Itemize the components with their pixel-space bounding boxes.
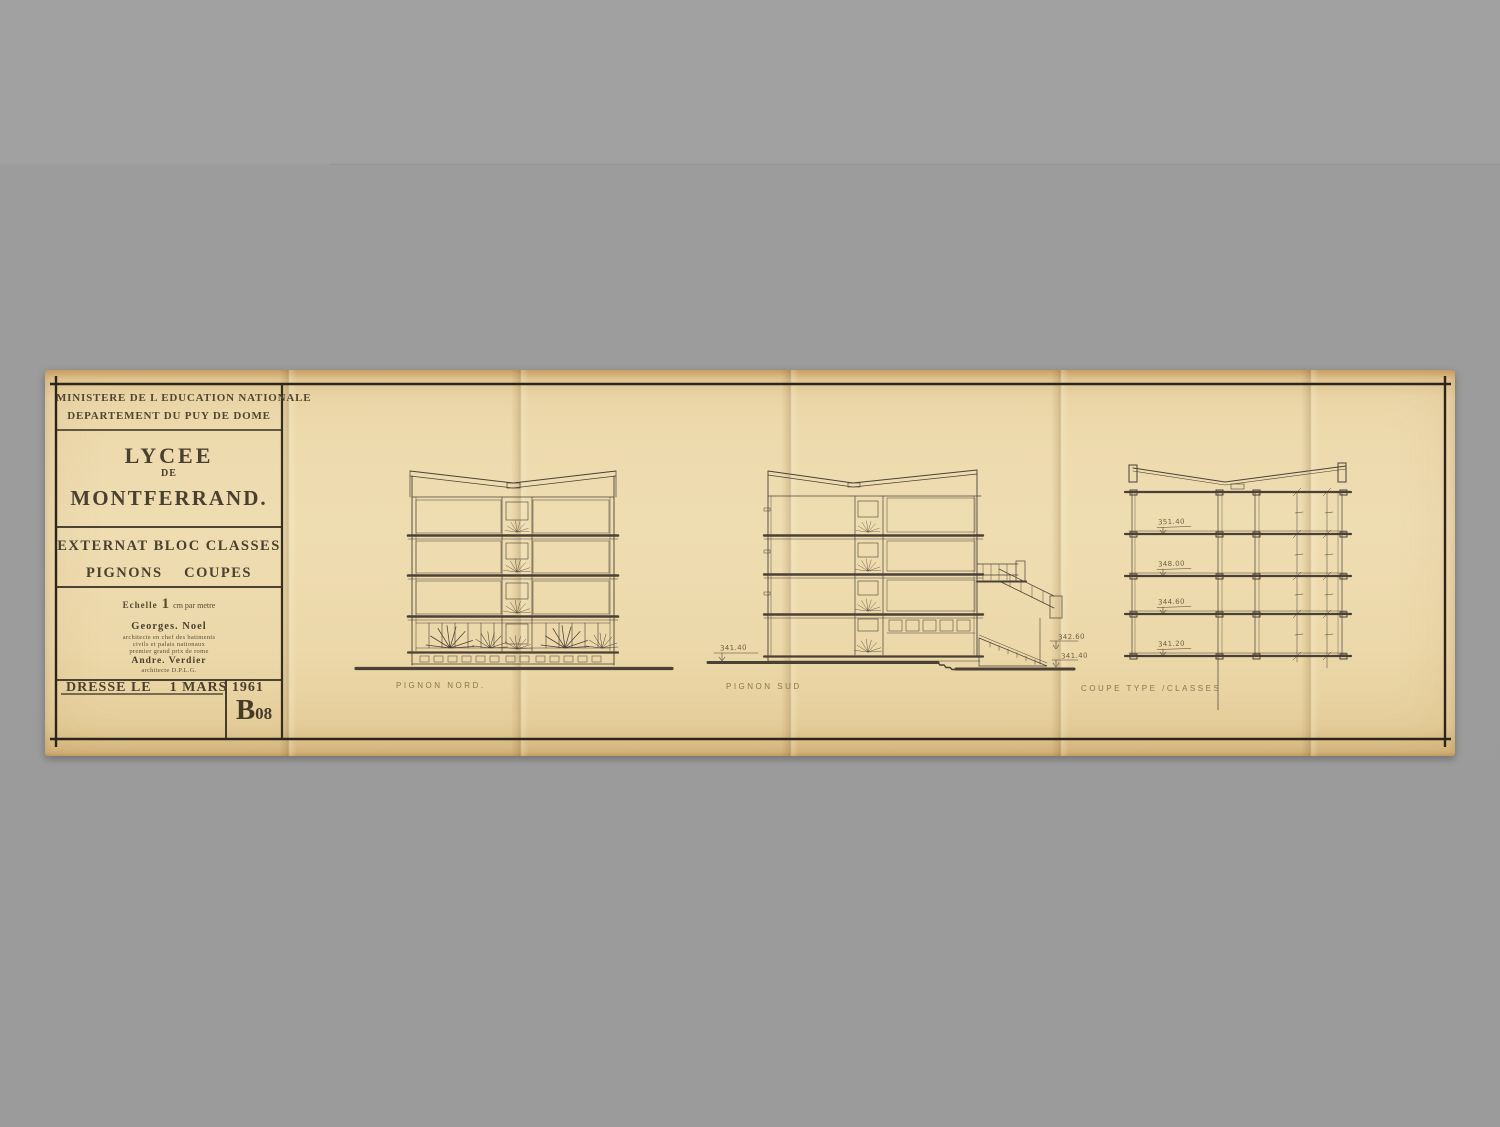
architect1-title-3: premier grand prix de rome (56, 648, 282, 655)
sheet-letter: B (236, 694, 255, 726)
walls-and-slabs (764, 470, 983, 661)
background-shadow-line (330, 164, 1500, 165)
base-plinth (408, 653, 618, 665)
subject-line-1: EXTERNAT BLOC CLASSES (56, 538, 282, 555)
stair-bay (854, 501, 881, 652)
caption-coupe-type: COUPE TYPE /CLASSES (1081, 684, 1221, 693)
louvre-panels (416, 500, 609, 614)
sheet-digits: 08 (255, 704, 272, 723)
scanned-drawing-photo: MINISTERE DE L EDUCATION NATIONALE DEPAR… (0, 0, 1500, 1127)
floor-level-3: 348.00 (1158, 560, 1185, 569)
floor-level-1: 341.20 (1158, 640, 1185, 649)
date-label: DRESSE LE (66, 680, 152, 696)
south-gable-elevation (700, 450, 1080, 695)
scale-line: Echelle 1 cm par metre (56, 595, 282, 613)
level-marks (1157, 527, 1191, 657)
architect1-name: Georges. Noel (56, 621, 282, 632)
level-stair-upper: 342.60 (1058, 633, 1085, 642)
scale-unit: cm par metre (173, 601, 215, 610)
school-name-line-2: DE (56, 468, 282, 479)
caption-pignon-nord: PIGNON NORD. (396, 681, 486, 690)
louvre-panels (887, 498, 975, 611)
ground-floor-windows (887, 620, 975, 633)
floor-level-4: 351.40 (1158, 518, 1185, 527)
roof (1129, 463, 1346, 489)
subject-word-coupes: COUPES (184, 565, 252, 582)
column-nodes (1130, 490, 1347, 659)
ministry-line-2: DEPARTEMENT DU PUY DE DOME (56, 410, 282, 422)
subject-word-pignons: PIGNONS (86, 565, 163, 582)
external-stair (977, 561, 1062, 666)
floor-slabs (408, 536, 618, 621)
section-typical-classes (1105, 450, 1405, 710)
sheet-number: B08 (226, 694, 282, 727)
roof (768, 470, 977, 487)
dimension-chains (1293, 488, 1333, 668)
roof (410, 471, 616, 497)
architect1-title-2: civils et palais nationaux (56, 641, 282, 648)
school-name-line-1: LYCEE (56, 443, 282, 469)
scale-label: Echelle (123, 600, 158, 610)
caption-pignon-sud: PIGNON SUD (726, 682, 802, 691)
architect2-title: architecte D.P.L.G. (56, 667, 282, 674)
scale-number: 1 (162, 596, 170, 612)
floor-slabs (1125, 492, 1351, 656)
floor-level-2: 344.60 (1158, 598, 1185, 607)
level-ground-left: 341.40 (720, 644, 747, 653)
school-name-line-3: MONTFERRAND. (56, 486, 282, 511)
level-stair-lower: 341.40 (1061, 652, 1088, 661)
architect1-title-1: architecte en chef des batiments (56, 634, 282, 641)
gable-edge-wall (764, 471, 771, 662)
north-gable-elevation (350, 452, 680, 702)
architect2-name: Andre. Verdier (56, 656, 282, 666)
ministry-line-1: MINISTERE DE L EDUCATION NATIONALE (56, 392, 282, 404)
